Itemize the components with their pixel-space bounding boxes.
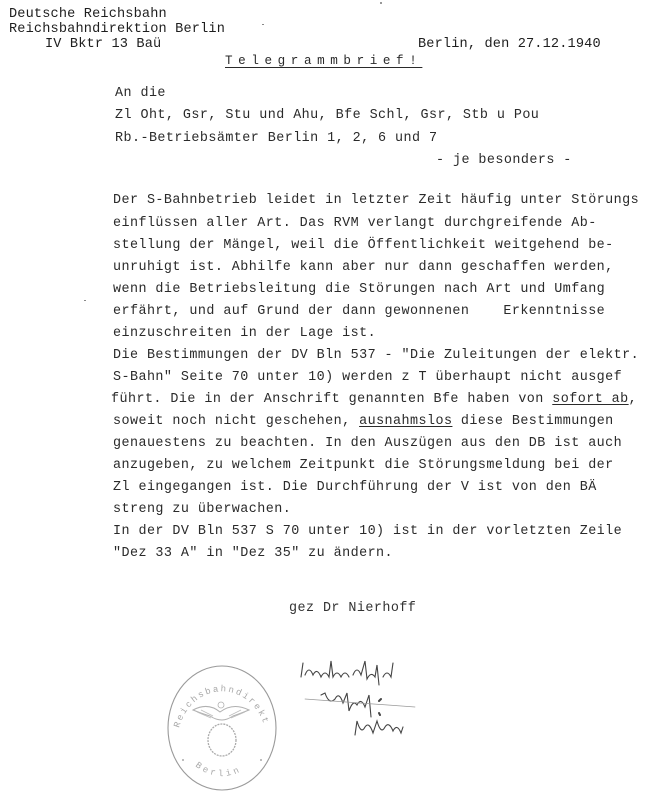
svg-text:Berlin: Berlin xyxy=(193,760,243,779)
handwritten-note-icon: Angeschlossen xyxy=(295,655,470,770)
official-stamp-icon: Reichsbahndirektion Berlin xyxy=(163,650,281,795)
body-line: genauestens zu beachten. In den Auszügen… xyxy=(113,436,622,452)
document-title: Telegrammbrief! xyxy=(225,53,422,69)
body-line: stellung der Mängel, weil die Öffentlich… xyxy=(113,238,614,254)
scan-speck xyxy=(262,24,264,25)
body-line: erfährt, und auf Grund der dann gewonnen… xyxy=(113,304,605,320)
body-line: "Dez 33 A" in "Dez 35" zu ändern. xyxy=(113,546,393,562)
body-line: führt. Die in der Anschrift genannten Bf… xyxy=(111,392,637,408)
body-line: unruhigt ist. Abhilfe kann aber nur dann… xyxy=(113,260,614,276)
recipient-line-1: Zl Oht, Gsr, Stu und Ahu, Bfe Schl, Gsr,… xyxy=(115,108,539,124)
scan-speck xyxy=(380,2,382,4)
scan-speck xyxy=(84,300,86,301)
recipient-line-2: Rb.-Betriebsämter Berlin 1, 2, 6 und 7 xyxy=(115,131,437,147)
scan-speck xyxy=(590,445,592,446)
underlined-text: sofort ab xyxy=(552,392,628,407)
recipient-line-3: - je besonders - xyxy=(436,153,572,169)
body-line: In der DV Bln 537 S 70 unter 10) ist in … xyxy=(113,524,622,540)
body-text: führt. Die in der Anschrift genannten Bf… xyxy=(111,392,552,407)
underlined-text: ausnahmslos xyxy=(359,414,452,429)
body-line: streng zu überwachen. xyxy=(113,502,291,518)
place-date: Berlin, den 27.12.1940 xyxy=(418,37,601,53)
body-line: soweit noch nicht geschehen, ausnahmslos… xyxy=(113,414,614,430)
body-line: wenn die Betriebsleitung die Störungen n… xyxy=(113,282,605,298)
body-line: Die Bestimmungen der DV Bln 537 - "Die Z… xyxy=(113,348,639,364)
body-line: Zl eingegangen ist. Die Durchführung der… xyxy=(113,480,597,496)
body-line: anzugeben, zu welchem Zeitpunkt die Stör… xyxy=(113,458,614,474)
signature: gez Dr Nierhoff xyxy=(289,601,416,617)
stamp-bottom-text: Berlin xyxy=(193,760,243,779)
body-text: diese Bestimmungen xyxy=(452,414,613,429)
recipient-salutation: An die xyxy=(115,86,166,102)
body-line: einzuschreiten in der Lage ist. xyxy=(113,326,376,342)
body-text: soweit noch nicht geschehen, xyxy=(113,414,359,429)
letterhead-line-1: Deutsche Reichsbahn xyxy=(9,7,167,23)
letterhead-line-2: Reichsbahndirektion Berlin xyxy=(9,22,225,38)
body-text: , xyxy=(629,392,638,407)
letterhead-line-3: IV Bktr 13 Baü xyxy=(45,37,161,53)
body-line: Der S-Bahnbetrieb leidet in letzter Zeit… xyxy=(113,193,639,209)
body-line: S-Bahn" Seite 70 unter 10) werden z T üb… xyxy=(113,370,622,386)
body-line: einflüssen aller Art. Das RVM verlangt d… xyxy=(113,216,597,232)
